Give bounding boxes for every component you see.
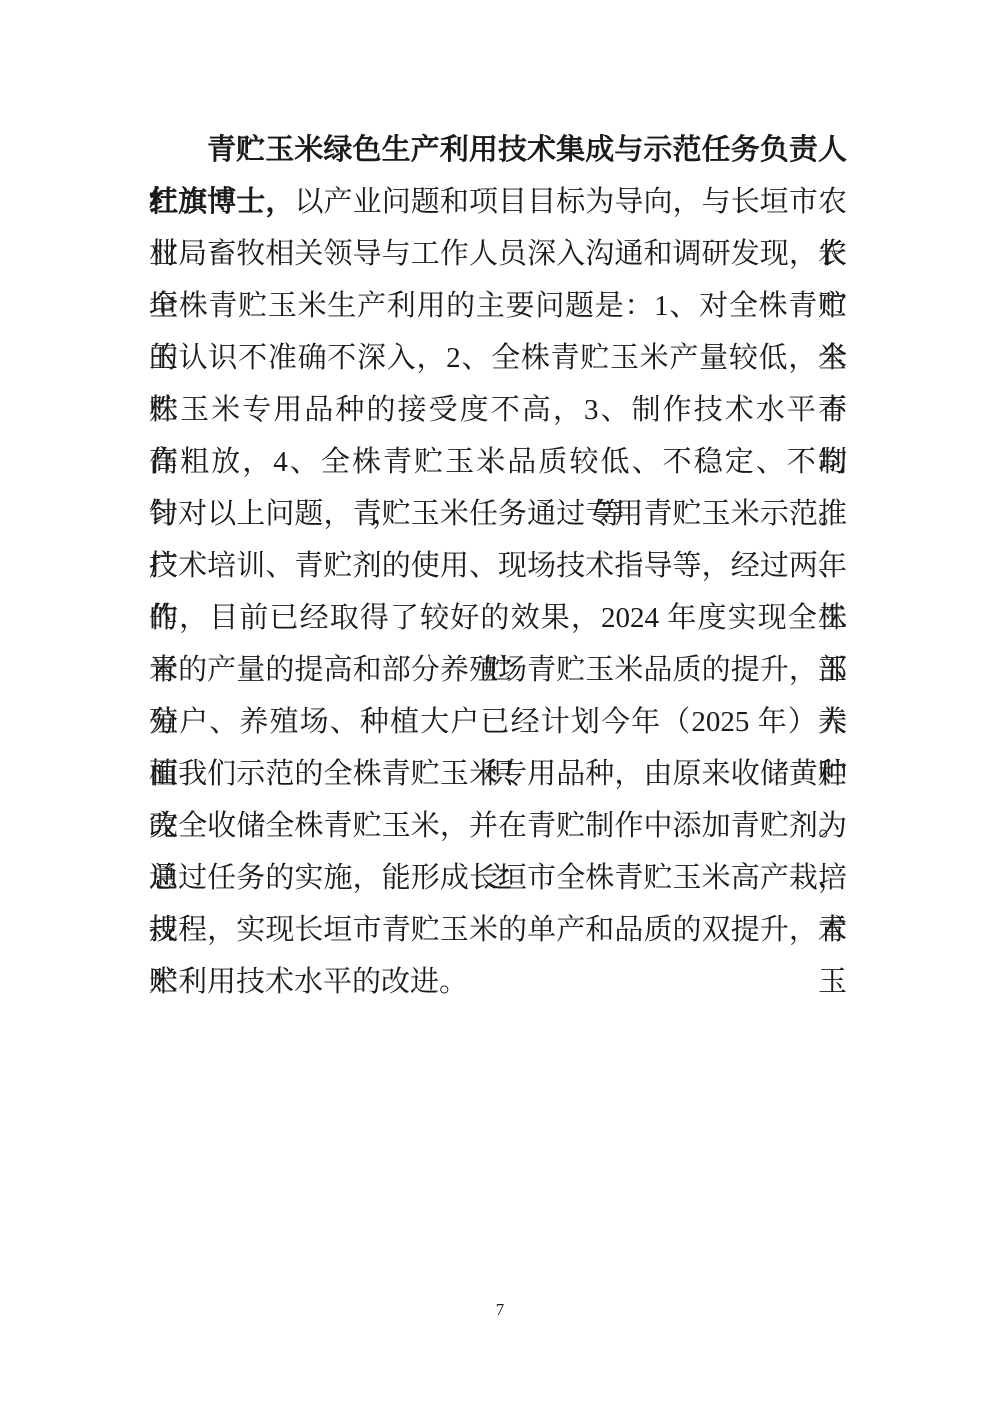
bold-text-segment: 红旗博士， [149, 186, 294, 218]
text-line: 村局畜牧相关领导与工作人员深入沟通和调研发现，长垣市 [149, 228, 847, 280]
text-line: 青贮玉米绿色生产利用技术集成与示范任务负责人杜 [149, 124, 847, 176]
text-line: 技术培训、青贮剂的使用、现场技术指导等，经过两年的工 [149, 540, 847, 592]
page-footer: 7 [0, 1300, 1000, 1320]
text-line: 红旗博士，以产业问题和项目目标为导向，与长垣市农业农 [149, 176, 847, 228]
text-line: 的认识不准确不深入，2、全株青贮玉米产量较低，全株青 [149, 332, 847, 384]
paragraph: 青贮玉米绿色生产利用技术集成与示范任务负责人杜红旗博士，以产业问题和项目目标为导… [149, 124, 847, 1008]
page-number: 7 [496, 1300, 505, 1319]
text-line: 殖户、养殖场、种植大户已经计划今年（2025 年）大面积种 [149, 696, 847, 748]
text-line: 作，目前已经取得了较好的效果，2024 年度实现全株青贮玉 [149, 592, 847, 644]
text-line: 针对以上问题，青贮玉米任务通过专用青贮玉米示范推广、 [149, 488, 847, 540]
text-line: 植我们示范的全株青贮玉米专用品种，由原来收储黄贮改为 [149, 748, 847, 800]
text-line: 贮玉米专用品种的接受度不高，3、制作技术水平不高、制 [149, 384, 847, 436]
text-line: 全株青贮玉米生产利用的主要问题是：1、对全株青贮玉米 [149, 280, 847, 332]
text-line: 米的产量的提高和部分养殖场青贮玉米品质的提升，部分养 [149, 644, 847, 696]
text-line: 规程，实现长垣市青贮玉米的单产和品质的双提升，青贮玉 [149, 904, 847, 956]
text-line: 通过任务的实施，能形成长垣市全株青贮玉米高产栽培技术 [149, 852, 847, 904]
text-line: 完全收储全株青贮玉米，并在青贮制作中添加青贮剂。总之， [149, 800, 847, 852]
text-segment: 米利用技术水平的改进。 [149, 966, 468, 998]
document-page: 青贮玉米绿色生产利用技术集成与示范任务负责人杜红旗博士，以产业问题和项目目标为导… [0, 0, 1000, 1414]
text-line: 作粗放，4、全株青贮玉米品质较低、不稳定、不均匀，等。 [149, 436, 847, 488]
